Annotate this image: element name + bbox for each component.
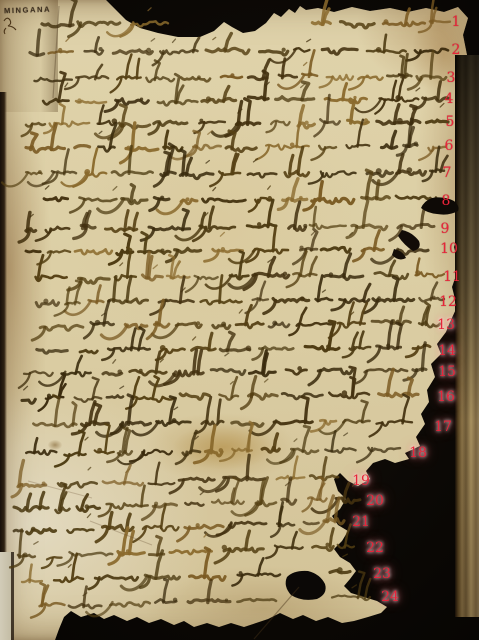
line-number-21: 21 (352, 515, 370, 529)
line-number-12: 12 (439, 295, 457, 309)
line-number-8: 8 (442, 194, 451, 208)
line-number-19: 19 (352, 474, 370, 488)
line-number-1: 1 (452, 15, 461, 29)
line-number-3: 3 (447, 71, 456, 85)
line-number-18: 18 (409, 446, 427, 460)
line-number-10: 10 (440, 242, 458, 256)
line-number-7: 7 (443, 166, 452, 180)
line-number-13: 13 (437, 318, 455, 332)
line-number-14: 14 (438, 344, 456, 358)
ink-blot-line8 (421, 197, 459, 214)
crease-bottom-center (254, 587, 299, 639)
line-number-20: 20 (366, 494, 384, 508)
ink-blot-line9 (398, 230, 420, 251)
handwritten-mark (4, 18, 16, 34)
line-number-2: 2 (452, 43, 461, 57)
line-number-17: 17 (434, 420, 452, 434)
line-number-4: 4 (445, 92, 454, 106)
line-number-24: 24 (381, 590, 399, 604)
line-number-23: 23 (373, 567, 391, 581)
line-number-5: 5 (446, 115, 455, 129)
hijazi-text-strokes (2, 0, 450, 618)
line-number-22: 22 (366, 541, 384, 555)
line-number-6: 6 (445, 139, 454, 153)
manuscript-script-layer (0, 0, 479, 640)
line-number-16: 16 (437, 390, 455, 404)
manuscript-photo: MINGANA 12345678910111213141516171819202… (0, 0, 479, 640)
line-number-15: 15 (438, 365, 456, 379)
line-number-9: 9 (441, 222, 450, 236)
line-number-11: 11 (443, 270, 461, 284)
